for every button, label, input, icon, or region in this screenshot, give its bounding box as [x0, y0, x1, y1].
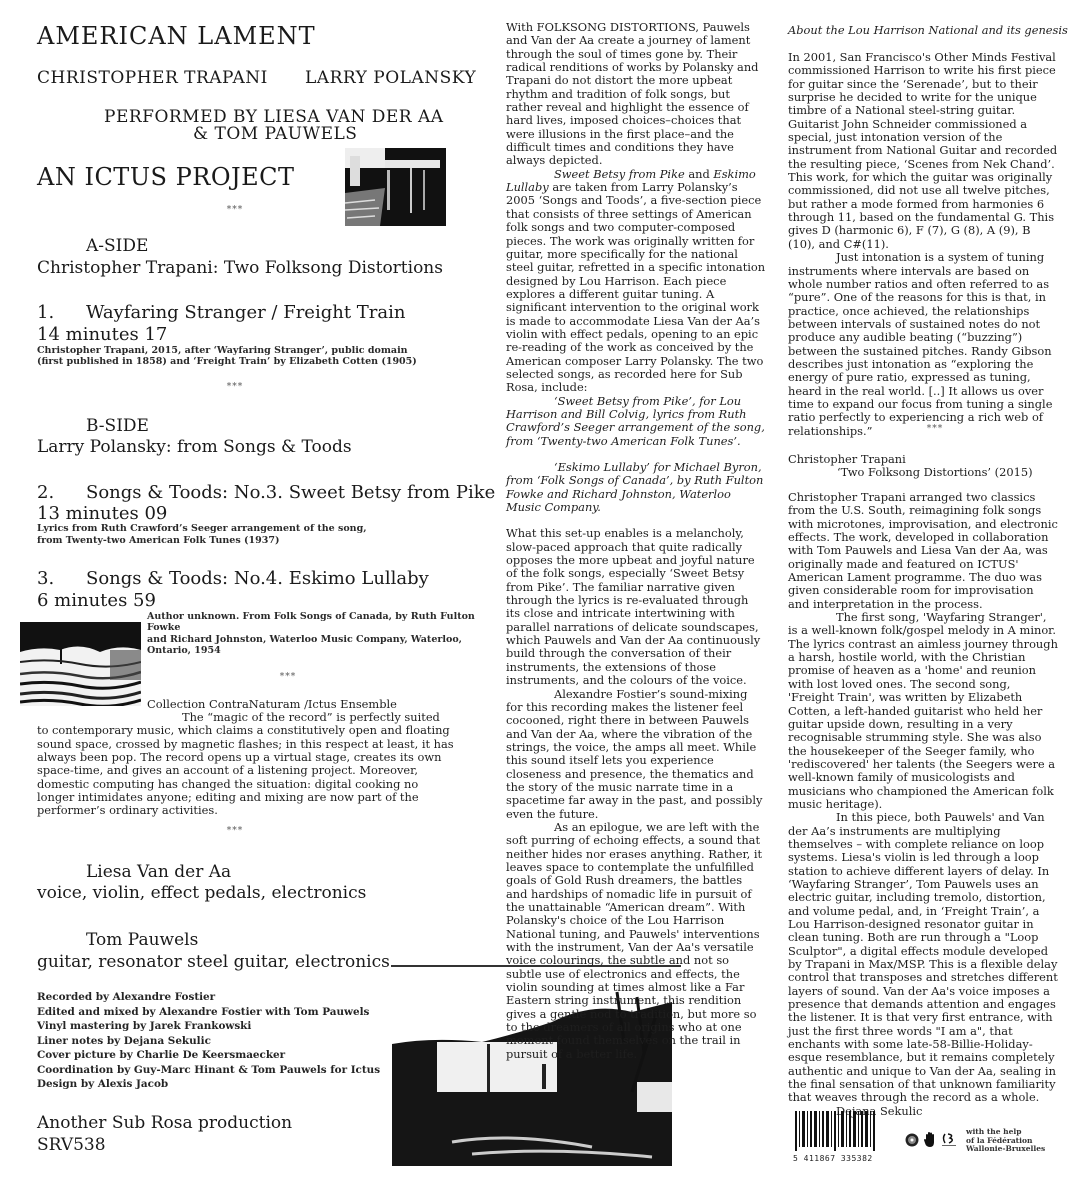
composer-trapani: CHRISTOPHER TRAPANI: [37, 68, 268, 88]
middle-p2: Sweet Betsy from Pike and Eskimo Lullaby…: [506, 168, 766, 395]
separator-1: ***: [215, 205, 255, 215]
middle-p2-italic1: Sweet Betsy from Pike: [554, 167, 685, 181]
track-1-title: Wayfaring Stranger / Freight Train: [86, 302, 405, 323]
right-p5: In this piece, both Pauwels' and Van der…: [788, 811, 1058, 1105]
track-3-note-line3: and Richard Johnston, Waterloo Music Com…: [147, 634, 462, 646]
collection-text-rest: to contemporary music, which claims a co…: [37, 724, 457, 817]
record-logo-icon: [905, 1133, 919, 1147]
separator-4: ***: [215, 826, 255, 836]
b-side-subtitle: Larry Polansky: from Songs & Toods: [37, 437, 352, 457]
right-p4: The first song, 'Wayfaring Stranger', is…: [788, 611, 1058, 811]
middle-p1: With FOLKSONG DISTORTIONS, Pauwels and V…: [506, 21, 766, 168]
separator-2: ***: [215, 382, 255, 392]
help-line3: Wallonie-Bruxelles: [966, 1145, 1045, 1154]
a-side-subtitle: Christopher Trapani: Two Folksong Distor…: [37, 258, 443, 278]
middle-p2-and: and: [685, 167, 714, 181]
middle-p7: As an epilogue, we are left with the sof…: [506, 821, 766, 1061]
collection-text: The “magic of the record” is perfectly s…: [37, 711, 457, 818]
flooded-lake-photo: [20, 622, 141, 706]
track-1-note-line1: Christopher Trapani, 2015, after ‘Wayfar…: [37, 345, 408, 357]
right-p3: Christopher Trapani arranged two classic…: [788, 491, 1058, 611]
middle-p3: ‘Sweet Betsy from Pike’, for Lou Harriso…: [506, 395, 766, 448]
performer-2-instruments: guitar, resonator steel guitar, electron…: [37, 952, 390, 972]
middle-p6: Alexandre Fostier’s sound-mixing for thi…: [506, 688, 766, 821]
right-column-text-2: Christopher Trapani arranged two classic…: [788, 491, 1058, 1118]
credit-edited: Edited and mixed by Alexandre Fostier wi…: [37, 1005, 380, 1020]
track-2-note-line1: Lyrics from Ruth Crawford’s Seeger arran…: [37, 523, 367, 535]
help-text: with the help of la Fédération Wallonie-…: [966, 1128, 1045, 1154]
credit-cover: Cover picture by Charlie De Keersmaecker: [37, 1048, 380, 1063]
composer-polansky: LARRY POLANSKY: [305, 68, 476, 88]
track-3-note-line1: Author unknown. From Folk Songs of Canad…: [147, 611, 475, 623]
a-side-label: A-SIDE: [86, 236, 148, 256]
track-2-duration: 13 minutes 09: [37, 503, 167, 524]
performer-1-name: Liesa Van der Aa: [86, 862, 231, 882]
collection-heading: Collection ContraNaturam /Ictus Ensemble: [147, 697, 397, 711]
album-title: AMERICAN LAMENT: [37, 22, 316, 50]
performed-by-line2: & TOM PAUWELS: [193, 124, 357, 144]
credits-list: Recorded by Alexandre Fostier Edited and…: [37, 990, 380, 1092]
middle-column-text: With FOLKSONG DISTORTIONS, Pauwels and V…: [506, 21, 766, 1061]
b-side-label: B-SIDE: [86, 416, 149, 436]
separator-5: ***: [915, 424, 955, 434]
track-3-duration: 6 minutes 59: [37, 590, 156, 611]
right-column-text-1: In 2001, San Francisco's Other Minds Fes…: [788, 51, 1058, 438]
credit-coordination: Coordination by Guy-Marc Hinant & Tom Pa…: [37, 1063, 380, 1078]
track-1-note-line2: (first published in 1858) and ‘Freight T…: [37, 356, 417, 368]
track-2-note-line2: from Twenty-two American Folk Tunes (193…: [37, 535, 279, 547]
catalog-number: SRV538: [37, 1135, 106, 1155]
hand-logo-icon: [924, 1132, 936, 1148]
fwb-logo-icon: [941, 1132, 957, 1148]
sponsor-logos: [905, 1132, 957, 1148]
performer-1-instruments: voice, violin, effect pedals, electronic…: [37, 883, 366, 903]
track-2-title: Songs & Toods: No.3. Sweet Betsy from Pi…: [86, 482, 495, 503]
separator-3: ***: [268, 672, 308, 682]
middle-p4: ‘Eskimo Lullaby’ for Michael Byron, from…: [506, 461, 766, 514]
middle-p5: What this set-up enables is a melancholy…: [506, 527, 766, 687]
barcode: 5 411867 335382: [793, 1111, 877, 1161]
right-work-title: ‘Two Folksong Distortions’ (2015): [837, 466, 1033, 479]
collection-text-first: The “magic of the record” is perfectly s…: [37, 711, 457, 724]
track-3-title: Songs & Toods: No.4. Eskimo Lullaby: [86, 568, 429, 589]
track-3-note-line2: Fowke: [147, 622, 180, 634]
track-1-duration: 14 minutes 17: [37, 324, 167, 345]
track-3-number: 3.: [37, 568, 54, 589]
credit-design: Design by Alexis Jacob: [37, 1077, 380, 1092]
track-3-note-line4: Ontario, 1954: [147, 645, 221, 657]
barcode-number: 5 411867 335382: [793, 1154, 877, 1163]
track-1-number: 1.: [37, 302, 54, 323]
barcode-bars-icon: [793, 1111, 877, 1151]
middle-p2-rest: are taken from Larry Polansky’s 2005 ‘So…: [506, 180, 765, 394]
right-p1: In 2001, San Francisco's Other Minds Fes…: [788, 51, 1058, 251]
credit-liner-notes: Liner notes by Dejana Sekulic: [37, 1034, 380, 1049]
credit-mastering: Vinyl mastering by Jarek Frankowski: [37, 1019, 380, 1034]
production-line: Another Sub Rosa production: [37, 1113, 292, 1133]
flooded-street-photo: [345, 148, 446, 226]
project-title: AN ICTUS PROJECT: [37, 163, 295, 191]
performer-2-name: Tom Pauwels: [86, 930, 198, 950]
right-heading: About the Lou Harrison National and its …: [788, 24, 1078, 37]
right-p2: Just intonation is a system of tuning in…: [788, 251, 1058, 438]
track-2-number: 2.: [37, 482, 54, 503]
credit-recorded: Recorded by Alexandre Fostier: [37, 990, 380, 1005]
